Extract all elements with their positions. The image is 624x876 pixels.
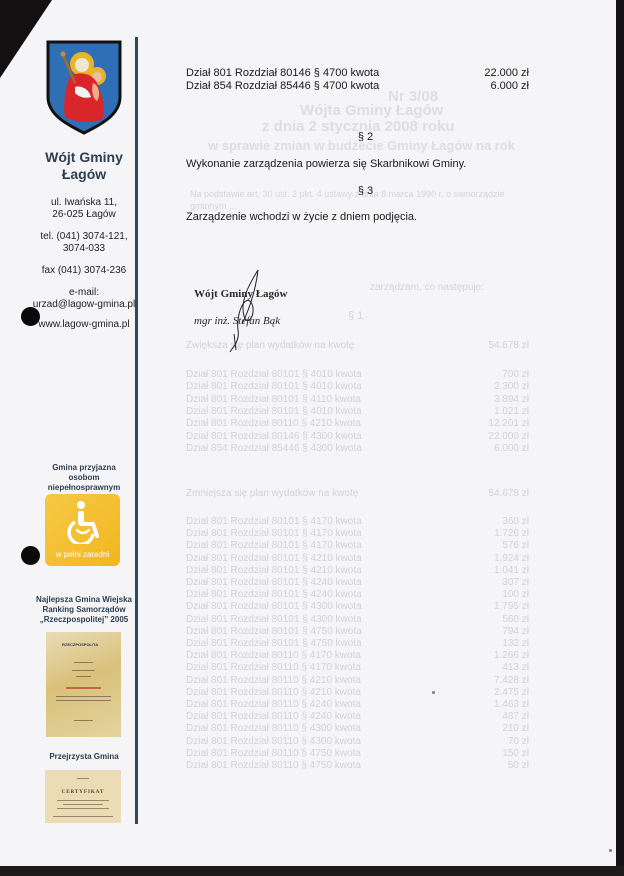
ghost-row-amount: 576 zł [502,540,529,551]
scan-edge-right [616,0,624,876]
ghost-row-label: Dział 801 Rozdział 80110 § 4210 kwota [186,418,361,429]
website[interactable]: www.lagow-gmina.pl [20,319,148,331]
ghost-row-amount: 132 zł [502,638,529,649]
badge-title-line: Gmina przyjazna [20,463,148,473]
section-3-mark: § 3 [186,185,545,197]
address-line2: 26-025 Łagów [20,209,148,221]
badge-transparency-title: Przejrzysta Gmina [20,752,148,762]
ghost-row-amount: 487 zł [502,711,529,722]
ghost-row-label: Dział 801 Rozdział 80110 § 4170 kwota [186,650,361,661]
ghost-section1: § 1 [348,310,363,322]
ghost-row-label: Dział 801 Rozdział 80101 § 4750 kwota [186,638,362,649]
budget-line-amount: 22.000 zł [484,67,529,79]
ghost-row-amount: 22.000 zł [488,431,529,442]
diploma-highlight [66,687,101,689]
ghost-row: Dział 801 Rozdział 80101 § 4010 kwota700… [186,369,529,381]
ghost-row: Dział 801 Rozdział 80101 § 4110 kwota3.8… [186,394,529,406]
coat-of-arms-icon [45,39,123,135]
badge-title-line: osobom [20,473,148,483]
ghost-row-amount: 307 zł [502,577,529,588]
punch-hole [21,307,40,326]
ghost-row-label: Dział 801 Rozdział 80101 § 4010 kwota [186,381,362,392]
badge-title-line: Przejrzysta Gmina [20,752,148,762]
ghost-row-label: Dział 801 Rozdział 80101 § 4210 kwota [186,565,362,576]
ghost-row-amount: 700 zł [502,369,529,380]
ghost-row-label: Zmniejsza się plan wydatków na kwotę [186,488,358,499]
telephone-line1: tel. (041) 3074-121, [20,231,148,243]
badge-title-line: Ranking Samorządów [20,605,148,615]
budget-line: Dział 854 Rozdział 85446 § 4700 kwota 6.… [186,80,529,93]
ghost-row: Dział 801 Rozdział 80110 § 4300 kwota70 … [186,736,529,748]
wheelchair-icon [65,500,101,544]
ghost-row-amount: 54.678 zł [488,340,529,351]
ghost-row-amount: 6.000 zł [494,443,529,454]
ghost-row: Dział 801 Rozdział 80101 § 4010 kwota1.0… [186,406,529,418]
ghost-row-label: Dział 801 Rozdział 80101 § 4110 kwota [186,394,361,405]
diploma-header: RZECZPOSPOLITA [62,642,98,647]
diploma-signature [74,720,93,721]
office-title-line2: Łagów [20,166,148,183]
ghost-row: Dział 801 Rozdział 80101 § 4210 kwota1.0… [186,565,529,577]
ghost-row-label: Dział 801 Rozdział 80110 § 4750 kwota [186,748,361,759]
certificate-image: CERTYFIKAT [45,770,121,823]
ghost-row-amount: 54.678 zł [488,488,529,499]
ghost-row-label: Dział 801 Rozdział 80101 § 4170 kwota [186,528,362,539]
ghost-row-label: Dział 801 Rozdział 80101 § 4750 kwota [186,626,362,637]
ghost-row-amount: 1.021 zł [494,406,529,417]
ghost-row-label: Dział 801 Rozdział 80101 § 4170 kwota [186,540,362,551]
ghost-row-amount: 1.463 zł [494,699,529,710]
ghost-row: Dział 801 Rozdział 80101 § 4300 kwota560… [186,614,529,626]
ghost-row-amount: 2.475 zł [494,687,529,698]
ghost-row-label: Dział 801 Rozdział 80101 § 4010 kwota [186,406,362,417]
ghost-row-amount: 3.894 zł [494,394,529,405]
ghost-row: Dział 801 Rozdział 80101 § 4300 kwota1.7… [186,601,529,613]
certificate-line [57,808,109,809]
certificate-line [53,816,113,817]
diploma-line [74,662,93,663]
ghost-row-label: Dział 801 Rozdział 80110 § 4300 kwota [186,723,361,734]
diploma-line [76,676,91,677]
ghost-row: Dział 801 Rozdział 80146 § 4300 kwota22.… [186,431,529,443]
ghost-row-label: Dział 801 Rozdział 80110 § 4750 kwota [186,760,361,771]
ghost-row: Dział 801 Rozdział 80101 § 4010 kwota2.3… [186,381,529,393]
letterhead-sidebar: Wójt Gminy Łagów ul. Iwańska 11, 26-025 … [20,37,148,331]
certificate-line [63,804,103,805]
ghost-row: Dział 801 Rozdział 80110 § 4210 kwota2.4… [186,687,529,699]
ghost-row-label: Dział 801 Rozdział 80101 § 4240 kwota [186,589,362,600]
budget-line-amount: 6.000 zł [490,80,529,92]
ghost-row-amount: 560 zł [502,614,529,625]
office-title-line1: Wójt Gminy [20,149,148,166]
ghost-row: Dział 801 Rozdział 80101 § 4170 kwota1.7… [186,528,529,540]
ghost-row-label: Dział 801 Rozdział 80110 § 4240 kwota [186,711,361,722]
ghost-row-amount: 360 zł [502,516,529,527]
fax: fax (041) 3074-236 [20,265,148,277]
ghost-row-amount: 1.924 zł [494,553,529,564]
ghost-row: Dział 801 Rozdział 80110 § 4300 kwota210… [186,723,529,735]
telephone: tel. (041) 3074-121, 3074-033 [20,231,148,255]
email-label: e-mail: [20,287,148,299]
ghost-row: Dział 801 Rozdział 80101 § 4210 kwota1.9… [186,553,529,565]
ghost-row: Dział 801 Rozdział 80110 § 4240 kwota487… [186,711,529,723]
ghost-row: Dział 801 Rozdział 80101 § 4240 kwota100… [186,589,529,601]
badge-ranking-title: Najlepsza Gmina Wiejska Ranking Samorząd… [20,595,148,625]
scan-speck [609,849,612,852]
ghost-row-label: Dział 801 Rozdział 80101 § 4010 kwota [186,369,362,380]
ghost-row: Dział 801 Rozdział 80110 § 4240 kwota1.4… [186,699,529,711]
ghost-row: Dział 801 Rozdział 80101 § 4750 kwota794… [186,626,529,638]
ghost-row-label: Dział 801 Rozdział 80110 § 4210 kwota [186,687,361,698]
diploma-image: RZECZPOSPOLITA [46,632,121,737]
scan-edge-bottom [0,866,624,876]
ghost-row-amount: 1.266 zł [494,650,529,661]
ghost-sum-row: Zmniejsza się plan wydatków na kwotę54.6… [186,488,529,500]
punch-hole [21,546,40,565]
email-block: e-mail: urzad@lagow-gmina.pl [20,287,148,311]
ghost-row: Dział 854 Rozdział 85446 § 4300 kwota6.0… [186,443,529,455]
ghost-row: Dział 801 Rozdział 80101 § 4170 kwota576… [186,540,529,552]
section-2-text: Wykonanie zarządzenia powierza się Skarb… [186,158,466,170]
ghost-row-label: Dział 801 Rozdział 80146 § 4300 kwota [186,431,362,442]
ghost-row: Dział 801 Rozdział 80110 § 4170 kwota1.2… [186,650,529,662]
office-title: Wójt Gminy Łagów [20,149,148,183]
budget-line: Dział 801 Rozdział 80146 § 4700 kwota 22… [186,67,529,80]
ghost-row: Dział 801 Rozdział 80101 § 4170 kwota360… [186,516,529,528]
telephone-line2: 3074-033 [20,243,148,255]
budget-line-label: Dział 854 Rozdział 85446 § 4700 kwota [186,80,379,92]
ghost-row-amount: 150 zł [502,748,529,759]
badge-title-line: niepełnosprawnym [20,483,148,493]
ghost-row-amount: 794 zł [502,626,529,637]
ghost-row: Dział 801 Rozdział 80110 § 4750 kwota150… [186,748,529,760]
diploma-line [56,696,111,697]
badge-accessible-title: Gmina przyjazna osobom niepełnosprawnym [20,463,148,493]
ghost-row-amount: 70 zł [508,736,529,747]
handwritten-signature-icon [226,268,276,353]
ghost-row: Dział 801 Rozdział 80110 § 4750 kwota50 … [186,760,529,772]
ghost-row-amount: 100 zł [502,589,529,600]
ghost-row-label: Dział 801 Rozdział 80101 § 4300 kwota [186,601,362,612]
ghost-row-label: Dział 801 Rozdział 80110 § 4170 kwota [186,662,361,673]
email-address[interactable]: urzad@lagow-gmina.pl [20,299,148,311]
ghost-row-label: Dział 801 Rozdział 80101 § 4240 kwota [186,577,362,588]
badge-title-line: Najlepsza Gmina Wiejska [20,595,148,605]
ghost-row-label: Dział 801 Rozdział 80110 § 4210 kwota [186,675,361,686]
ghost-intro-cont: zarządzam, co następuje: [370,282,484,293]
diploma-line [72,670,95,671]
diploma-line [56,700,111,701]
ghost-row: Dział 801 Rozdział 80110 § 4170 kwota413… [186,662,529,674]
ghost-row: Dział 801 Rozdział 80110 § 4210 kwota7.4… [186,675,529,687]
ghost-row-amount: 50 zł [508,760,529,771]
ghost-row-amount: 1.795 zł [494,601,529,612]
ghost-row-amount: 210 zł [502,723,529,734]
ghost-row-amount: 2.300 zł [494,381,529,392]
accessibility-logo-caption: w pełni zaradni [45,550,120,559]
badge-title-line: „Rzeczpospolitej” 2005 [20,615,148,625]
ghost-row-label: Dział 801 Rozdział 80101 § 4210 kwota [186,553,362,564]
address: ul. Iwańska 11, 26-025 Łagów [20,197,148,221]
ghost-row-amount: 12.201 zł [488,418,529,429]
ghost-row-label: Dział 801 Rozdział 80101 § 4170 kwota [186,516,362,527]
certificate-line [57,800,109,801]
ghost-row-amount: 1.041 zł [494,565,529,576]
section-3-text: Zarządzenie wchodzi w życie z dniem podj… [186,211,417,223]
accessibility-logo: w pełni zaradni [45,494,120,566]
section-2-mark: § 2 [186,131,545,143]
ghost-row: Dział 801 Rozdział 80101 § 4240 kwota307… [186,577,529,589]
ghost-row-amount: 7.428 zł [494,675,529,686]
scan-speck [432,691,435,694]
ghost-row: Dział 801 Rozdział 80101 § 4750 kwota132… [186,638,529,650]
ghost-row-amount: 413 zł [502,662,529,673]
budget-line-label: Dział 801 Rozdział 80146 § 4700 kwota [186,67,379,79]
ghost-row-label: Dział 801 Rozdział 80110 § 4300 kwota [186,736,361,747]
ghost-row-amount: 1.726 zł [494,528,529,539]
ghost-row: Dział 801 Rozdział 80110 § 4210 kwota12.… [186,418,529,430]
ghost-row-label: Dział 854 Rozdział 85446 § 4300 kwota [186,443,362,454]
ghost-header-2: Wójta Gminy Łagów [300,102,443,119]
ghost-row-label: Dział 801 Rozdział 80110 § 4240 kwota [186,699,361,710]
address-line1: ul. Iwańska 11, [20,197,148,209]
certificate-header: CERTYFIKAT [45,790,121,795]
certificate-emblem [77,778,89,779]
ghost-row-label: Dział 801 Rozdział 80101 § 4300 kwota [186,614,362,625]
